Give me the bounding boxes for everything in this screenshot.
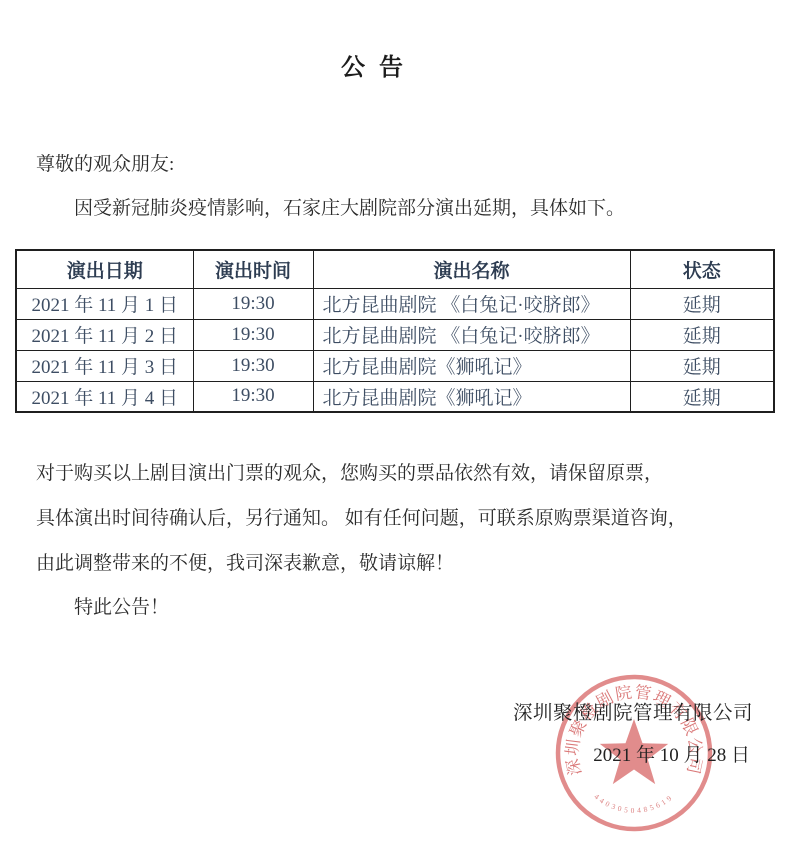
cell-performance-name: 北方昆曲剧院《狮吼记》 [313,350,630,381]
cell-status: 延期 [630,319,774,350]
table-header-row: 演出日期演出时间演出名称状态 [16,250,774,288]
table-header-cell: 演出名称 [313,250,630,288]
table-row: 2021 年 11 月 1 日 19:30 北方昆曲剧院 《白兔记·咬脐郎》 延… [16,288,774,319]
cell-performance-date: 2021 年 11 月 3 日 [16,350,193,381]
cell-performance-time: 19:30 [193,288,313,319]
cell-performance-time: 19:30 [193,381,313,412]
cell-performance-time: 19:30 [193,319,313,350]
cell-performance-name: 北方昆曲剧院 《白兔记·咬脐郎》 [313,288,630,319]
performance-schedule-table: 演出日期演出时间演出名称状态 2021 年 11 月 1 日 19:30 北方昆… [15,249,775,413]
seal-serial-text: 4403050485619 [592,792,675,815]
cell-status: 延期 [630,288,774,319]
table-header-cell: 状态 [630,250,774,288]
cell-performance-time: 19:30 [193,350,313,381]
cell-status: 延期 [630,381,774,412]
closing-line: 由此调整带来的不便，我司深表歉意，敬请谅解！ [36,541,778,586]
closing-paragraph: 对于购买以上剧目演出门票的观众，您购买的票品依然有效，请保留原票，具体演出时间待… [36,451,778,586]
announcement-document: 公 告 尊敬的观众朋友: 因受新冠肺炎疫情影响，石家庄大剧院部分演出延期，具体如… [0,0,804,851]
intro-paragraph: 因受新冠肺炎疫情影响，石家庄大剧院部分演出延期，具体如下。 [74,193,625,220]
cell-performance-name: 北方昆曲剧院《狮吼记》 [313,381,630,412]
table-row: 2021 年 11 月 2 日 19:30 北方昆曲剧院 《白兔记·咬脐郎》 延… [16,319,774,350]
svg-text:4403050485619: 4403050485619 [592,792,675,815]
cell-performance-name: 北方昆曲剧院 《白兔记·咬脐郎》 [313,319,630,350]
proclamation-line: 特此公告！ [74,592,169,619]
closing-line: 对于购买以上剧目演出门票的观众，您购买的票品依然有效，请保留原票， [36,451,778,496]
page-title: 公 告 [0,47,748,82]
cell-performance-date: 2021 年 11 月 4 日 [16,381,193,412]
greeting-line: 尊敬的观众朋友: [36,149,174,176]
table-row: 2021 年 11 月 3 日 19:30 北方昆曲剧院《狮吼记》 延期 [16,350,774,381]
table-header-cell: 演出时间 [193,250,313,288]
cell-performance-date: 2021 年 11 月 1 日 [16,288,193,319]
company-signature: 深圳聚橙剧院管理有限公司 [513,697,753,725]
table-row: 2021 年 11 月 4 日 19:30 北方昆曲剧院《狮吼记》 延期 [16,381,774,412]
signature-date: 2021 年 10 月 28 日 [593,740,750,767]
closing-line: 具体演出时间待确认后，另行通知。 如有任何问题，可联系原购票渠道咨询， [36,496,778,541]
table-header-cell: 演出日期 [16,250,193,288]
cell-status: 延期 [630,350,774,381]
cell-performance-date: 2021 年 11 月 2 日 [16,319,193,350]
